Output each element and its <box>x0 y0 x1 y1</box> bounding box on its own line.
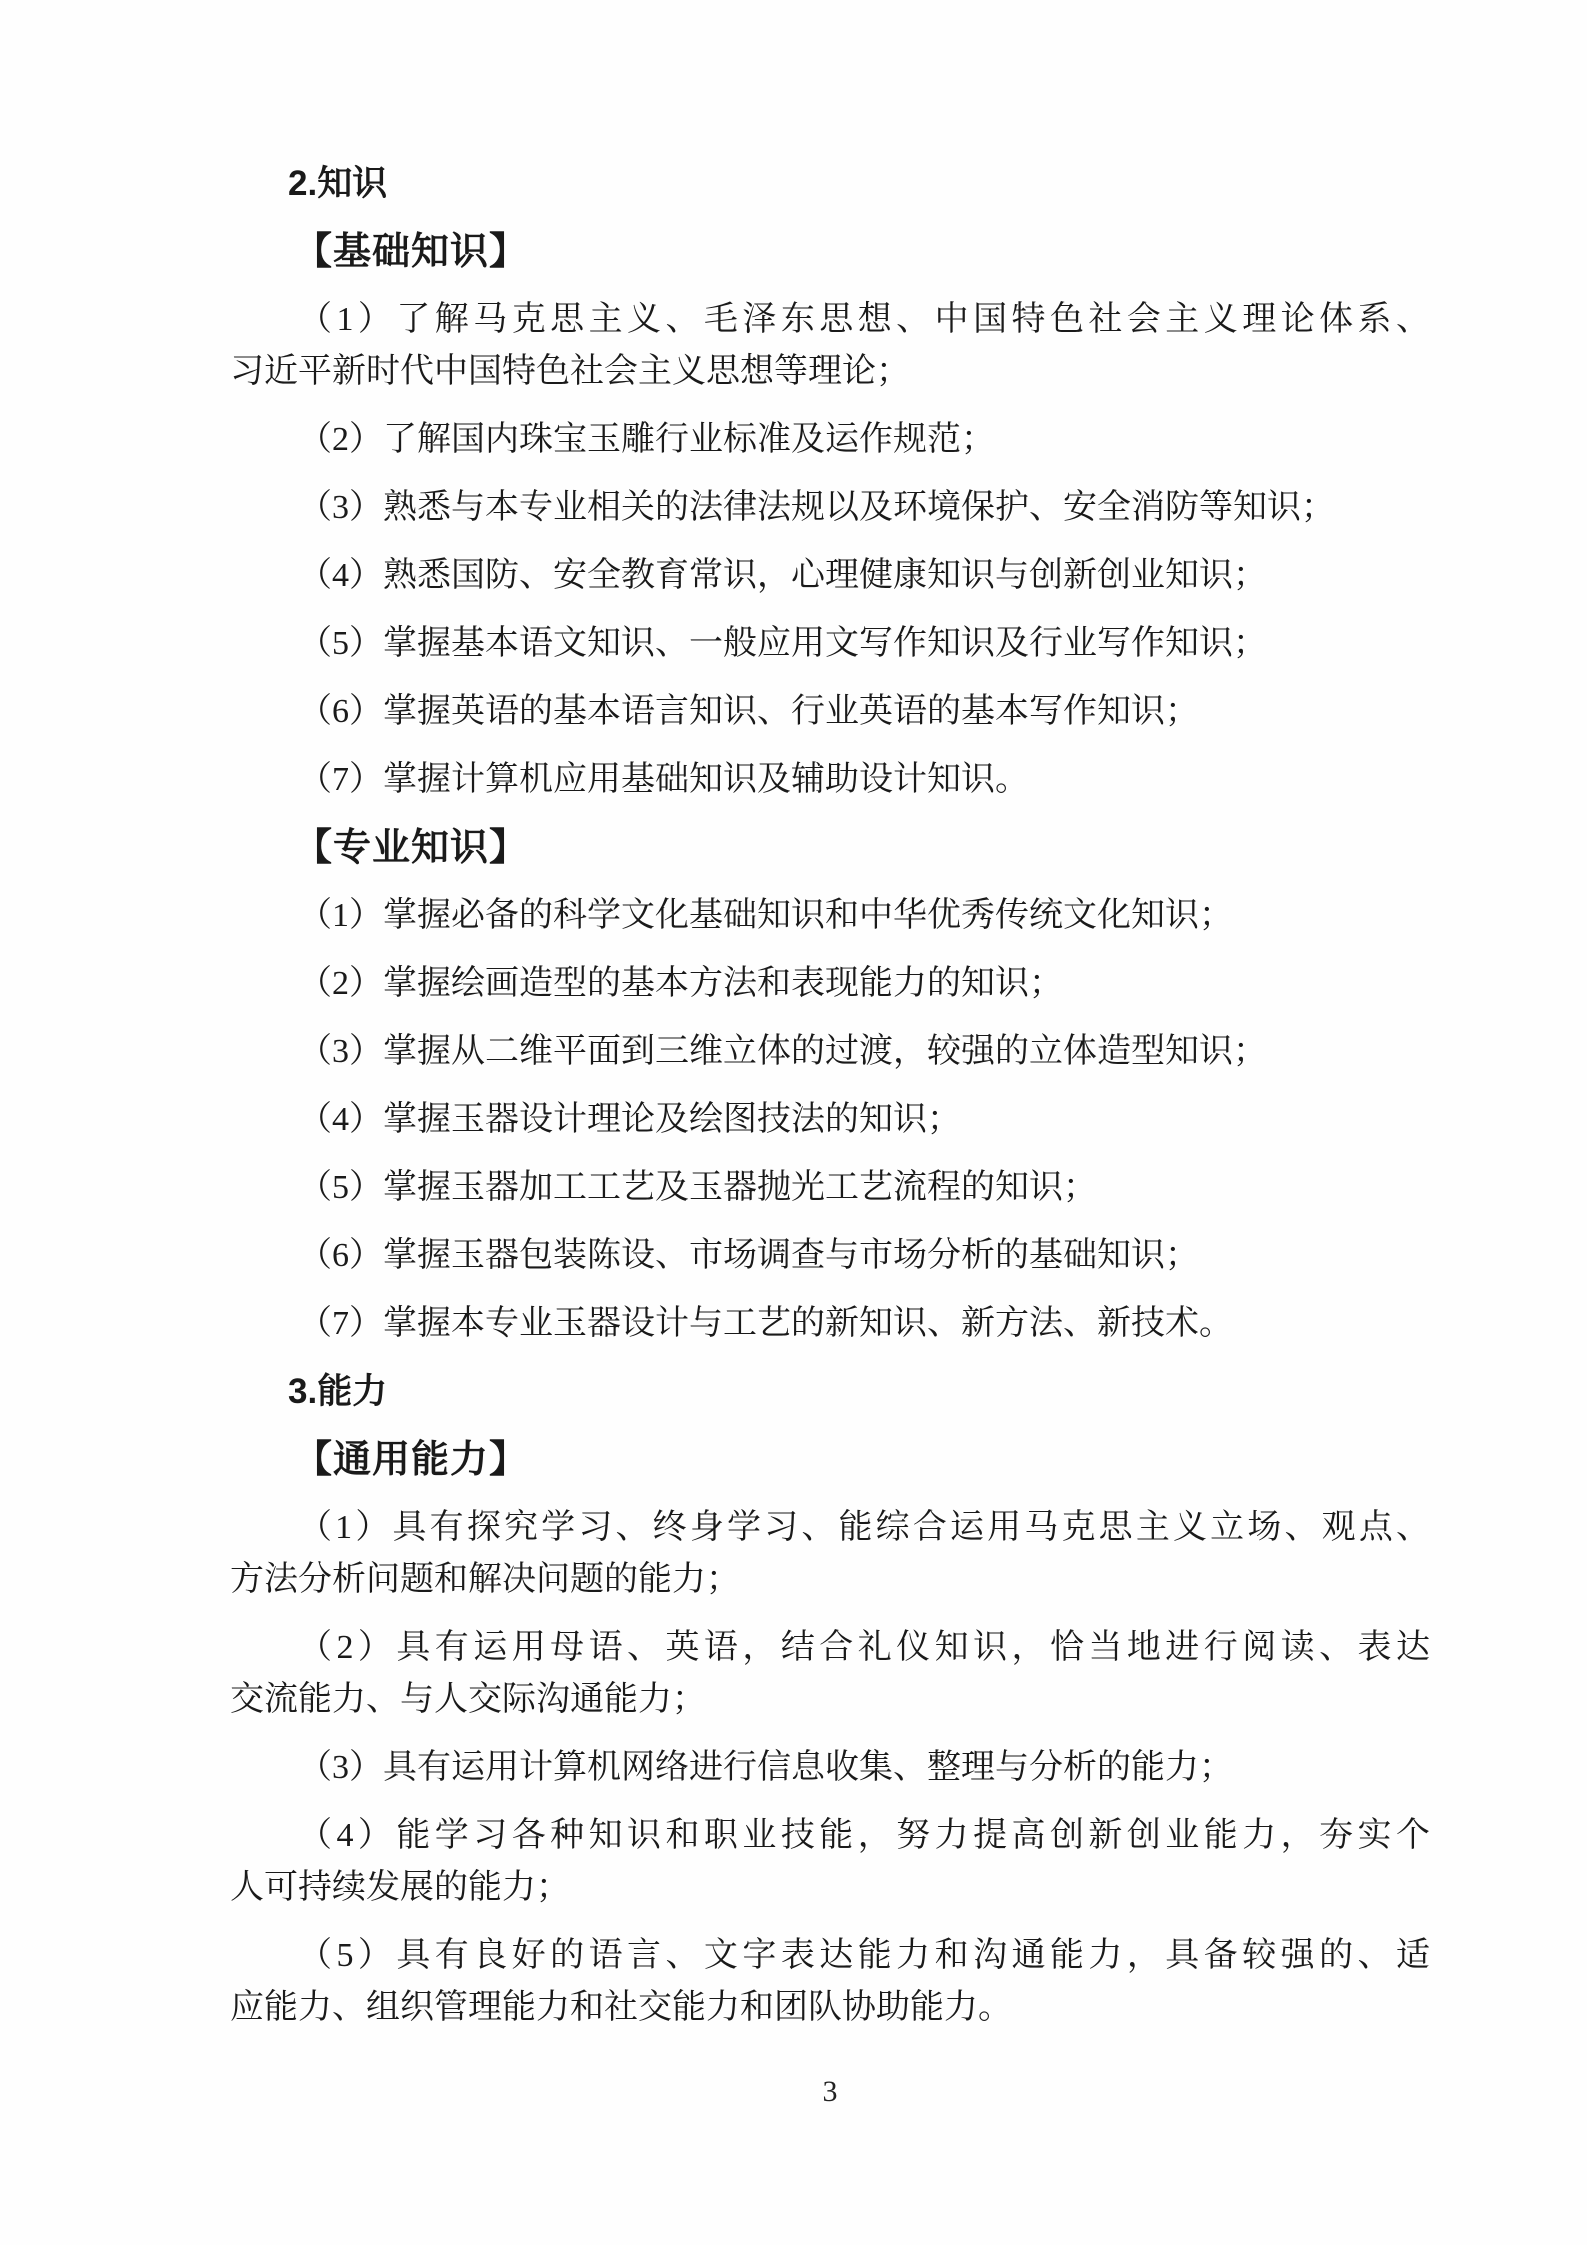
paragraph: （5）掌握基本语文知识、一般应用文写作知识及行业写作知识； <box>230 610 1430 678</box>
text-line: （6）掌握玉器包装陈设、市场调查与市场分析的基础知识； <box>230 1230 1430 1282</box>
text-line: （4）能学习各种知识和职业技能，努力提高创新创业能力，夯实个 <box>230 1810 1430 1862</box>
bracket-heading: 【通用能力】 <box>294 1426 1430 1494</box>
text-line: （2）了解国内珠宝玉雕行业标准及运作规范； <box>230 414 1430 466</box>
text-line: （2）具有运用母语、英语，结合礼仪知识，恰当地进行阅读、表达 <box>230 1622 1430 1674</box>
text-line: （4）熟悉国防、安全教育常识，心理健康知识与创新创业知识； <box>230 550 1430 602</box>
paragraph: （4）掌握玉器设计理论及绘图技法的知识； <box>230 1086 1430 1154</box>
paragraph: （5）具有良好的语言、文字表达能力和沟通能力，具备较强的、适应能力、组织管理能力… <box>230 1922 1430 2042</box>
text-line: （5）掌握基本语文知识、一般应用文写作知识及行业写作知识； <box>230 618 1430 670</box>
text-line: （3）具有运用计算机网络进行信息收集、整理与分析的能力； <box>230 1742 1430 1794</box>
text-line: 习近平新时代中国特色社会主义思想等理论； <box>230 346 1430 398</box>
paragraph: （3）掌握从二维平面到三维立体的过渡，较强的立体造型知识； <box>230 1018 1430 1086</box>
text-line: 应能力、组织管理能力和社交能力和团队协助能力。 <box>230 1982 1430 2034</box>
page-number: 3 <box>230 2072 1430 2112</box>
paragraph: （2）了解国内珠宝玉雕行业标准及运作规范； <box>230 406 1430 474</box>
numbered-heading: 2.知识 <box>288 150 1430 218</box>
paragraph: （5）掌握玉器加工工艺及玉器抛光工艺流程的知识； <box>230 1154 1430 1222</box>
paragraph: （1）了解马克思主义、毛泽东思想、中国特色社会主义理论体系、习近平新时代中国特色… <box>230 286 1430 406</box>
paragraph: （3）熟悉与本专业相关的法律法规以及环境保护、安全消防等知识； <box>230 474 1430 542</box>
text-line: （2）掌握绘画造型的基本方法和表现能力的知识； <box>230 958 1430 1010</box>
numbered-heading: 3.能力 <box>288 1358 1430 1426</box>
document-content: 2.知识【基础知识】（1）了解马克思主义、毛泽东思想、中国特色社会主义理论体系、… <box>230 150 1430 2042</box>
paragraph: （6）掌握英语的基本语言知识、行业英语的基本写作知识； <box>230 678 1430 746</box>
text-line: 交流能力、与人交际沟通能力； <box>230 1674 1430 1726</box>
paragraph: （3）具有运用计算机网络进行信息收集、整理与分析的能力； <box>230 1734 1430 1802</box>
bracket-heading: 【基础知识】 <box>294 218 1430 286</box>
text-line: （1）掌握必备的科学文化基础知识和中华优秀传统文化知识； <box>230 890 1430 942</box>
text-line: （1）了解马克思主义、毛泽东思想、中国特色社会主义理论体系、 <box>230 294 1430 346</box>
paragraph: （2）掌握绘画造型的基本方法和表现能力的知识； <box>230 950 1430 1018</box>
text-line: （3）掌握从二维平面到三维立体的过渡，较强的立体造型知识； <box>230 1026 1430 1078</box>
text-line: 方法分析问题和解决问题的能力； <box>230 1554 1430 1606</box>
bracket-heading: 【专业知识】 <box>294 814 1430 882</box>
text-line: （5）掌握玉器加工工艺及玉器抛光工艺流程的知识； <box>230 1162 1430 1214</box>
text-line: （7）掌握本专业玉器设计与工艺的新知识、新方法、新技术。 <box>230 1298 1430 1350</box>
paragraph: （7）掌握计算机应用基础知识及辅助设计知识。 <box>230 746 1430 814</box>
text-line: （1）具有探究学习、终身学习、能综合运用马克思主义立场、观点、 <box>230 1502 1430 1554</box>
document-page: 2.知识【基础知识】（1）了解马克思主义、毛泽东思想、中国特色社会主义理论体系、… <box>0 0 1587 2245</box>
paragraph: （4）熟悉国防、安全教育常识，心理健康知识与创新创业知识； <box>230 542 1430 610</box>
text-line: （4）掌握玉器设计理论及绘图技法的知识； <box>230 1094 1430 1146</box>
paragraph: （2）具有运用母语、英语，结合礼仪知识，恰当地进行阅读、表达交流能力、与人交际沟… <box>230 1614 1430 1734</box>
paragraph: （1）具有探究学习、终身学习、能综合运用马克思主义立场、观点、方法分析问题和解决… <box>230 1494 1430 1614</box>
text-line: 人可持续发展的能力； <box>230 1862 1430 1914</box>
paragraph: （4）能学习各种知识和职业技能，努力提高创新创业能力，夯实个人可持续发展的能力； <box>230 1802 1430 1922</box>
paragraph: （7）掌握本专业玉器设计与工艺的新知识、新方法、新技术。 <box>230 1290 1430 1358</box>
paragraph: （1）掌握必备的科学文化基础知识和中华优秀传统文化知识； <box>230 882 1430 950</box>
text-line: （7）掌握计算机应用基础知识及辅助设计知识。 <box>230 754 1430 806</box>
text-line: （5）具有良好的语言、文字表达能力和沟通能力，具备较强的、适 <box>230 1930 1430 1982</box>
text-line: （6）掌握英语的基本语言知识、行业英语的基本写作知识； <box>230 686 1430 738</box>
paragraph: （6）掌握玉器包装陈设、市场调查与市场分析的基础知识； <box>230 1222 1430 1290</box>
text-line: （3）熟悉与本专业相关的法律法规以及环境保护、安全消防等知识； <box>230 482 1430 534</box>
